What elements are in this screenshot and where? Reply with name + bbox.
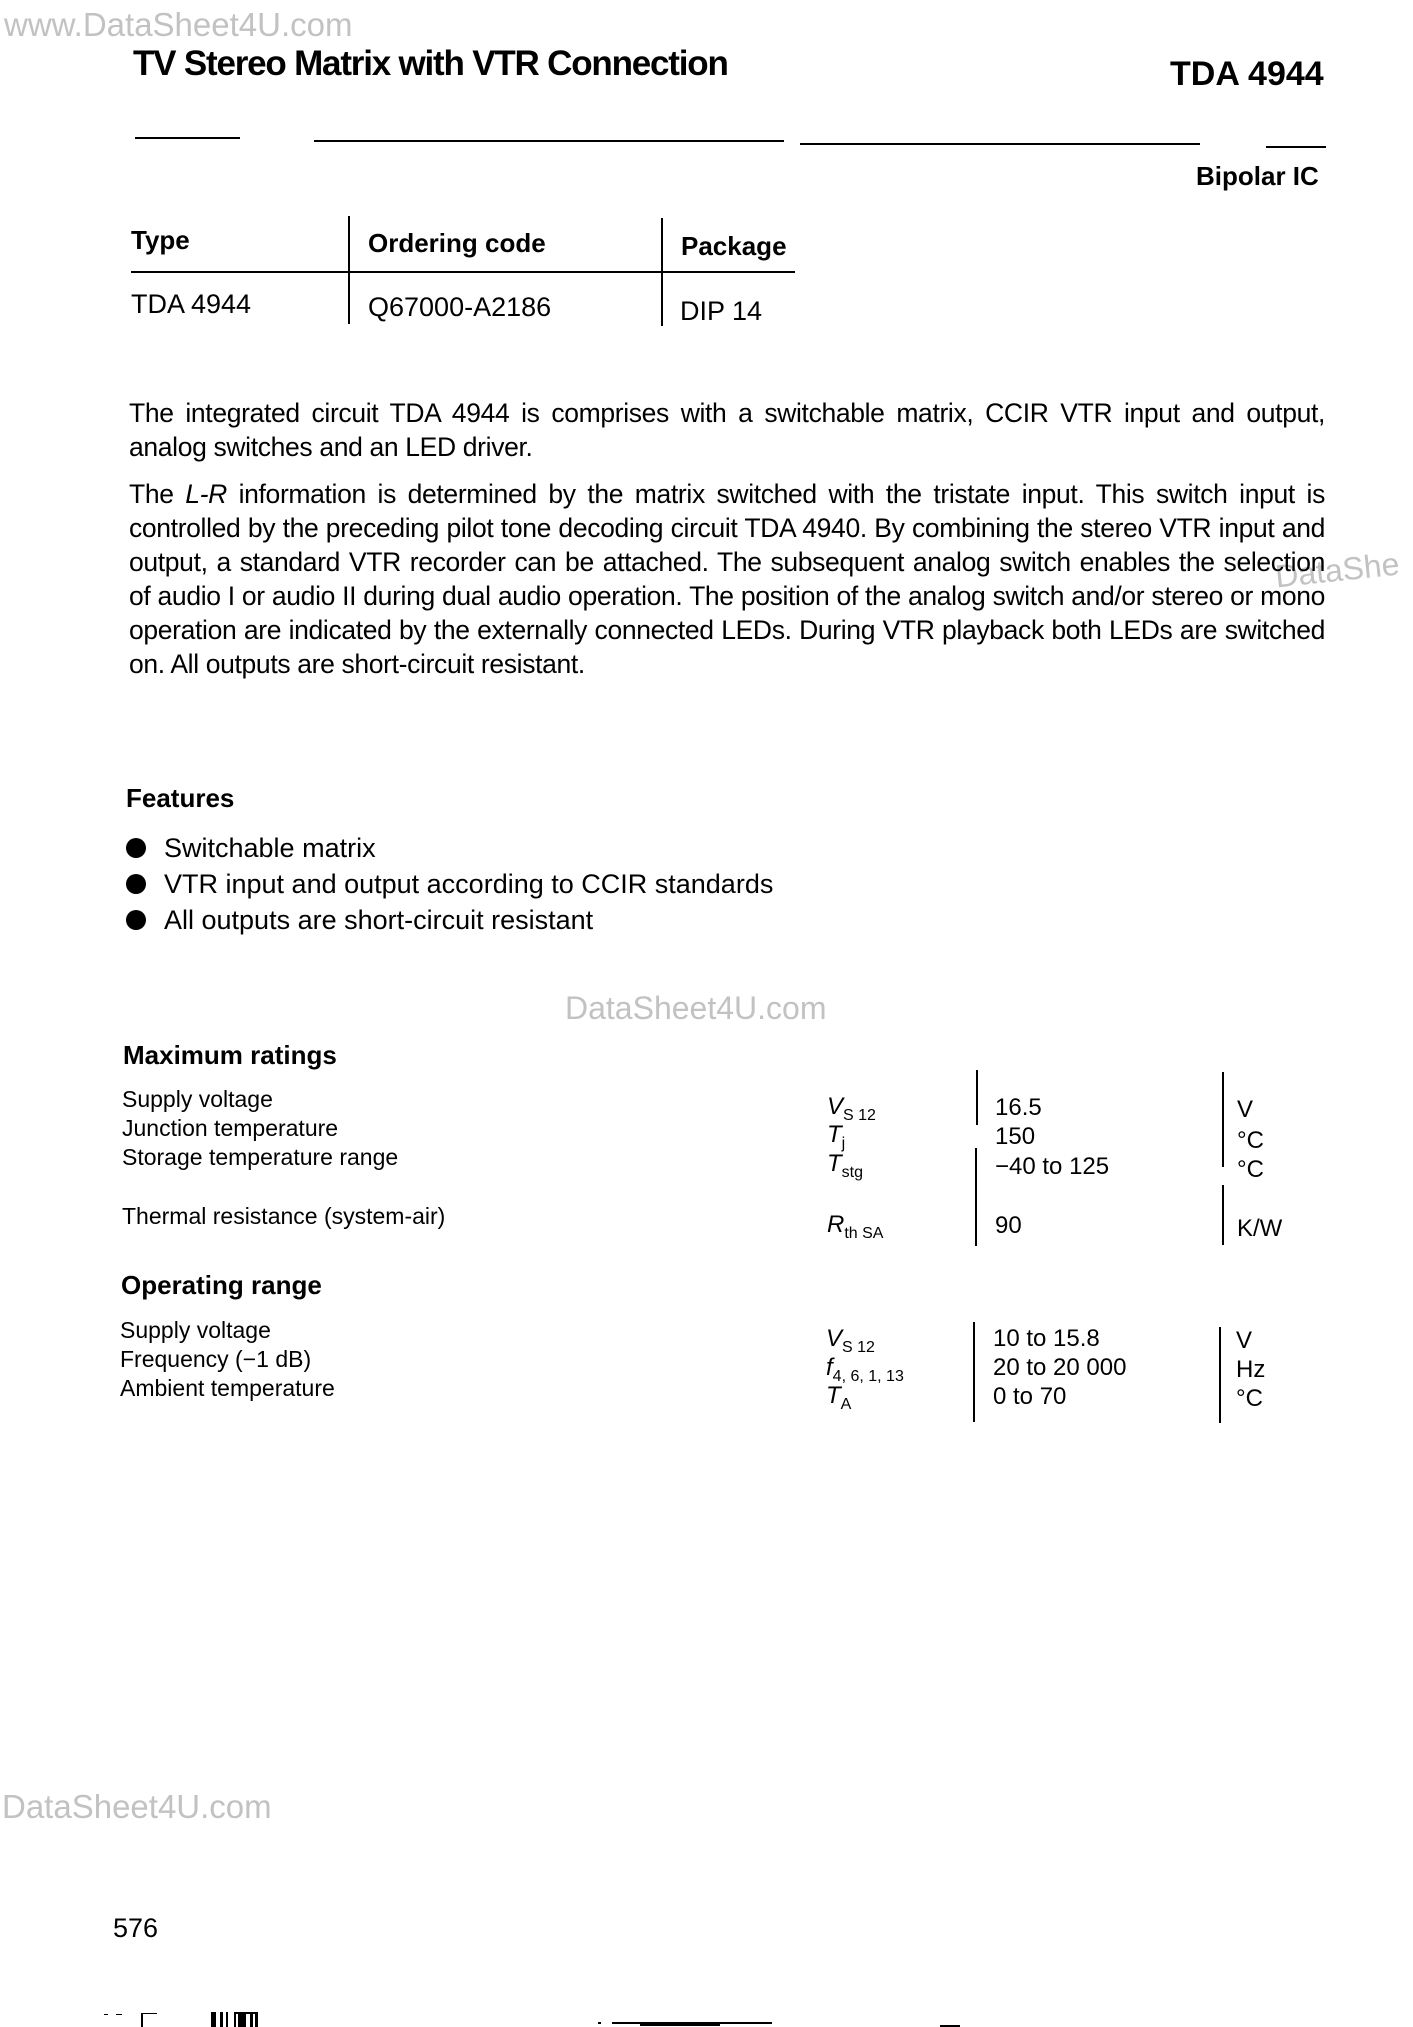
parameter-label: Supply voltage xyxy=(120,1317,271,1344)
value: 20 to 20 000 xyxy=(993,1354,1126,1382)
table-header-rule xyxy=(131,271,795,273)
value: 10 to 15.8 xyxy=(993,1325,1100,1353)
technology-label: Bipolar IC xyxy=(1196,161,1319,192)
parameter-label: Supply voltage xyxy=(122,1086,273,1113)
cell-package: DIP 14 xyxy=(680,296,762,327)
unit: °C xyxy=(1237,1127,1264,1155)
text: information is determined by the matrix … xyxy=(129,479,1325,679)
parameter-label: Junction temperature xyxy=(122,1115,338,1142)
cell-ordering-code: Q67000-A2186 xyxy=(368,292,551,323)
value: 0 to 70 xyxy=(993,1383,1066,1411)
maximum-ratings-heading: Maximum ratings xyxy=(123,1040,337,1071)
symbol-letter: V xyxy=(826,1325,842,1352)
document-title: TV Stereo Matrix with VTR Connection xyxy=(133,44,728,84)
feature-text: VTR input and output according to CCIR s… xyxy=(164,869,773,899)
symbol-subscript: A xyxy=(841,1396,852,1413)
feature-item: VTR input and output according to CCIR s… xyxy=(126,866,773,902)
features-heading: Features xyxy=(126,783,234,814)
parameter-label: Frequency (−1 dB) xyxy=(120,1346,311,1373)
value: −40 to 125 xyxy=(995,1153,1109,1181)
table-column-divider xyxy=(348,216,350,324)
symbol-letter: f xyxy=(826,1354,833,1381)
parameter-label: Thermal resistance (system-air) xyxy=(122,1203,445,1230)
parameter-label: Storage temperature range xyxy=(122,1144,398,1171)
text: The xyxy=(129,479,185,509)
symbol-letter: R xyxy=(827,1211,844,1238)
symbol: TA xyxy=(826,1382,851,1414)
symbol-letter: T xyxy=(827,1121,842,1148)
part-number: TDA 4944 xyxy=(1170,55,1324,94)
operating-range-heading: Operating range xyxy=(121,1270,322,1301)
table-column-divider xyxy=(975,1148,977,1246)
description-paragraph-2: The L-R information is determined by the… xyxy=(129,477,1325,681)
value: 90 xyxy=(995,1212,1022,1240)
unit: V xyxy=(1237,1096,1253,1124)
feature-item: All outputs are short-circuit resistant xyxy=(126,902,773,938)
symbol-subscript: S 12 xyxy=(843,1107,876,1124)
table-column-divider xyxy=(1222,1072,1224,1167)
description-paragraph-1: The integrated circuit TDA 4944 is compr… xyxy=(129,396,1325,464)
column-header-type: Type xyxy=(131,225,190,256)
parameter-label: Ambient temperature xyxy=(120,1375,335,1402)
cell-type: TDA 4944 xyxy=(131,289,251,320)
symbol: Rth SA xyxy=(827,1211,883,1243)
value: 16.5 xyxy=(995,1094,1042,1122)
watermark-top[interactable]: www.DataSheet4U.com xyxy=(4,6,352,44)
symbol-subscript: stg xyxy=(842,1164,863,1181)
value: 150 xyxy=(995,1123,1035,1151)
table-column-divider xyxy=(1219,1327,1221,1423)
unit: °C xyxy=(1236,1385,1263,1413)
watermark-bottom[interactable]: DataSheet4U.com xyxy=(2,1788,272,1826)
feature-text: All outputs are short-circuit resistant xyxy=(164,905,593,935)
unit: V xyxy=(1236,1327,1252,1355)
bullet-icon xyxy=(126,874,146,894)
feature-text: Switchable matrix xyxy=(164,833,376,863)
unit: Hz xyxy=(1236,1356,1265,1384)
symbol-letter: V xyxy=(827,1093,843,1120)
symbol-letter: T xyxy=(826,1382,841,1409)
unit: K/W xyxy=(1237,1215,1282,1243)
lr-term: L-R xyxy=(185,479,227,509)
watermark-middle[interactable]: DataSheet4U.com xyxy=(565,990,826,1027)
page-number: 576 xyxy=(113,1913,158,1944)
bullet-icon xyxy=(126,910,146,930)
symbol: Tj xyxy=(827,1121,845,1153)
column-header-package: Package xyxy=(681,231,787,262)
bullet-icon xyxy=(126,838,146,858)
symbol: VS 12 xyxy=(826,1325,875,1357)
symbol: Tstg xyxy=(827,1150,863,1182)
table-column-divider xyxy=(976,1070,978,1125)
description: The integrated circuit TDA 4944 is compr… xyxy=(129,396,1325,694)
symbol-letter: T xyxy=(827,1150,842,1177)
features-list: Switchable matrix VTR input and output a… xyxy=(126,830,773,938)
table-column-divider xyxy=(973,1322,975,1422)
symbol-subscript: th SA xyxy=(844,1225,883,1242)
column-header-ordering-code: Ordering code xyxy=(368,228,546,259)
table-column-divider xyxy=(661,218,663,326)
table-column-divider xyxy=(1222,1185,1224,1245)
feature-item: Switchable matrix xyxy=(126,830,773,866)
unit: °C xyxy=(1237,1156,1264,1184)
